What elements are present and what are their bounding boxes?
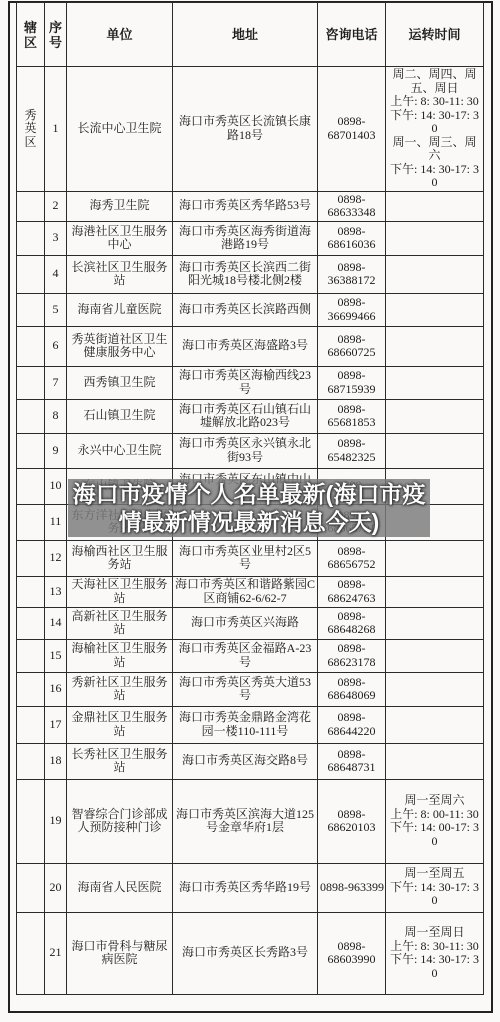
cell-phone: 0898- 68648069 [318,672,386,706]
cell-phone: 0898- 68616036 [318,221,386,255]
table-row: 8石山镇卫生院海口市秀英区石山镇石山墟解放北路023号0898- 6568185… [17,399,484,433]
cell-unit: 长滨社区卫生服务站 [67,255,173,293]
cell-no: 7 [45,366,67,399]
cell-phone: 0898- 68633348 [318,191,386,221]
cell-address: 海口市秀英区永兴镇永北街93号 [173,433,318,468]
cell-no: 9 [45,433,67,468]
cell-schedule [386,576,484,607]
cell-district [17,191,45,221]
cell-district [17,326,45,366]
cell-phone: 0898- 68656752 [318,540,386,576]
cell-schedule [386,607,484,639]
cell-address: 海口市秀英区海盛路3号 [173,326,318,366]
cell-phone: 0898- 68644220 [318,706,386,743]
table-row: 19智睿综合门诊部成人预防接种门诊海口市秀英区滨海大道125号金章华府1层089… [17,779,484,863]
table-row: 15海榆社区卫生服务站海口市秀英区金福路A-23号0898- 68623178 [17,639,484,672]
cell-phone: 0898- 68603990 [318,912,386,994]
watermark-line2: 情最新情况最新消息今天) [119,508,380,536]
table-row: 21海口市骨科与糖尿病医院海口市秀英区长秀路3号0898- 68603990周一… [17,912,484,994]
cell-district [17,255,45,293]
cell-no: 18 [45,743,67,779]
cell-address: 海口市秀英区和谐路紫园C区商铺62-6/62-7 [173,576,318,607]
table-row: 3海港社区卫生服务中心海口市秀英区海秀街道海港路19号0898- 6861603… [17,221,484,255]
cell-no: 14 [45,607,67,639]
cell-district [17,576,45,607]
cell-district [17,293,45,326]
cell-address: 海口市秀英区兴海路 [173,607,318,639]
cell-schedule [386,672,484,706]
cell-schedule [386,191,484,221]
cell-schedule [386,366,484,399]
table-row: 18长秀社区卫生服务站海口市秀英区海交路8号0898- 68648731 [17,743,484,779]
watermark-line1: 海口市疫情个人名单最新(海口市疫 [73,480,426,508]
cell-no: 17 [45,706,67,743]
cell-unit: 石山镇卫生院 [67,399,173,433]
cell-no: 15 [45,639,67,672]
cell-phone: 0898-963399 [318,863,386,912]
cell-phone: 0898- 68624763 [318,576,386,607]
cell-district [17,912,45,994]
cell-district: 秀英区 [17,67,45,192]
cell-unit: 天海社区卫生服务站 [67,576,173,607]
column-header: 序号 [45,3,67,67]
table-row: 5海南省儿童医院海口市秀英区长滨路西侧0898- 36699466 [17,293,484,326]
cell-address: 海口市秀英区海榆西线23号 [173,366,318,399]
cell-schedule [386,540,484,576]
cell-district [17,672,45,706]
cell-address: 海口市秀英金鼎路金湾花园一楼110-111号 [173,706,318,743]
cell-schedule: 周一至周五 下午: 14: 30-17: 30 [386,863,484,912]
cell-district [17,607,45,639]
header-row: 辖区序号单位地址咨询电话运转时间 [17,3,484,67]
cell-phone: 0898- 65681853 [318,399,386,433]
cell-unit: 长流中心卫生院 [67,67,173,192]
cell-unit: 海港社区卫生服务中心 [67,221,173,255]
cell-phone: 0898- 36388172 [318,255,386,293]
cell-no: 13 [45,576,67,607]
cell-unit: 智睿综合门诊部成人预防接种门诊 [67,779,173,863]
cell-district [17,540,45,576]
cell-district [17,468,45,504]
cell-no: 10 [45,468,67,504]
cell-schedule [386,433,484,468]
cell-address: 海口市秀英区金福路A-23号 [173,639,318,672]
cell-unit: 金鼎社区卫生服务站 [67,706,173,743]
table-row: 4长滨社区卫生服务站海口市秀英区长滨西二街阳光城18号楼北侧2楼0898- 36… [17,255,484,293]
cell-district [17,433,45,468]
cell-schedule [386,221,484,255]
cell-no: 6 [45,326,67,366]
table-row: 9永兴中心卫生院海口市秀英区永兴镇永北街93号0898- 65482325 [17,433,484,468]
cell-schedule [386,639,484,672]
cell-district [17,221,45,255]
cell-schedule [386,743,484,779]
cell-phone: 0898- 68701403 [318,67,386,192]
cell-unit: 海秀卫生院 [67,191,173,221]
column-header: 咨询电话 [318,3,386,67]
cell-unit: 海南省人民医院 [67,863,173,912]
cell-schedule: 周一至周日 上午: 8: 30-11: 30 下午: 14: 30-17: 30 [386,912,484,994]
cell-no: 11 [45,504,67,540]
cell-no: 19 [45,779,67,863]
column-header: 地址 [173,3,318,67]
cell-address: 海口市秀英区秀华路19号 [173,863,318,912]
watermark-overlay: 海口市疫情个人名单最新(海口市疫 情最新情况最新消息今天) [68,479,430,537]
cell-phone: 0898- 68620103 [318,779,386,863]
table-row: 秀英区1长流中心卫生院海口市秀英区长流镇长康路18号0898- 68701403… [17,67,484,192]
cell-district [17,399,45,433]
table-row: 7西秀镇卫生院海口市秀英区海榆西线23号0898- 68715939 [17,366,484,399]
cell-address: 海口市秀英区海交路8号 [173,743,318,779]
cell-no: 21 [45,912,67,994]
table-row: 2海秀卫生院海口市秀英区秀华路53号0898- 68633348 [17,191,484,221]
cell-no: 2 [45,191,67,221]
cell-unit: 海榆西社区卫生服务站 [67,540,173,576]
cell-district [17,504,45,540]
cell-address: 海口市秀英区长滨路西侧 [173,293,318,326]
cell-unit: 西秀镇卫生院 [67,366,173,399]
cell-no: 4 [45,255,67,293]
cell-address: 海口市秀英区长滨西二街阳光城18号楼北侧2楼 [173,255,318,293]
cell-schedule [386,255,484,293]
cell-phone: 0898- 68623178 [318,639,386,672]
cell-district [17,779,45,863]
cell-no: 1 [45,67,67,192]
cell-no: 8 [45,399,67,433]
cell-schedule: 周二、周四、周五、周日 上午: 8: 30-11: 30 下午: 14: 30-… [386,67,484,192]
cell-district [17,706,45,743]
table-row: 20海南省人民医院海口市秀英区秀华路19号0898-963399周一至周五 下午… [17,863,484,912]
column-header: 辖区 [17,3,45,67]
table-row: 14高新社区卫生服务站海口市秀英区兴海路0898- 68648268 [17,607,484,639]
column-header: 单位 [67,3,173,67]
cell-address: 海口市秀英区海秀街道海港路19号 [173,221,318,255]
cell-district [17,366,45,399]
cell-no: 3 [45,221,67,255]
table-row: 13天海社区卫生服务站海口市秀英区和谐路紫园C区商铺62-6/62-70898-… [17,576,484,607]
cell-address: 海口市秀英区长秀路3号 [173,912,318,994]
cell-no: 20 [45,863,67,912]
cell-no: 5 [45,293,67,326]
table-row: 16秀新社区卫生服务站海口市秀英区秀英大道53号0898- 68648069 [17,672,484,706]
cell-phone: 0898- 65482325 [318,433,386,468]
cell-unit: 秀英街道社区卫生健康服务中心 [67,326,173,366]
cell-unit: 长秀社区卫生服务站 [67,743,173,779]
cell-phone: 0898- 68648731 [318,743,386,779]
table-row: 12海榆西社区卫生服务站海口市秀英区业里村2区5号0898- 68656752 [17,540,484,576]
cell-phone: 0898- 68660725 [318,326,386,366]
cell-district [17,863,45,912]
cell-address: 海口市秀英区石山镇石山墟解放北路023号 [173,399,318,433]
cell-schedule [386,326,484,366]
cell-schedule [386,706,484,743]
cell-address: 海口市秀英区秀华路53号 [173,191,318,221]
column-header: 运转时间 [386,3,484,67]
cell-district [17,743,45,779]
cell-no: 16 [45,672,67,706]
cell-phone: 0898- 68715939 [318,366,386,399]
table-row: 6秀英街道社区卫生健康服务中心海口市秀英区海盛路3号0898- 68660725 [17,326,484,366]
cell-unit: 永兴中心卫生院 [67,433,173,468]
cell-unit: 海口市骨科与糖尿病医院 [67,912,173,994]
cell-district [17,639,45,672]
cell-schedule [386,293,484,326]
cell-no: 12 [45,540,67,576]
cell-unit: 高新社区卫生服务站 [67,607,173,639]
cell-unit: 海榆社区卫生服务站 [67,639,173,672]
cell-address: 海口市秀英区业里村2区5号 [173,540,318,576]
cell-schedule [386,399,484,433]
cell-unit: 海南省儿童医院 [67,293,173,326]
cell-phone: 0898- 68648268 [318,607,386,639]
table-row: 17金鼎社区卫生服务站海口市秀英金鼎路金湾花园一楼110-111号0898- 6… [17,706,484,743]
cell-address: 海口市秀英区秀英大道53号 [173,672,318,706]
cell-address: 海口市秀英区长流镇长康路18号 [173,67,318,192]
cell-unit: 秀新社区卫生服务站 [67,672,173,706]
cell-address: 海口市秀英区滨海大道125号金章华府1层 [173,779,318,863]
cell-phone: 0898- 36699466 [318,293,386,326]
cell-schedule: 周一至周六 上午: 8: 00-11: 30 下午: 14: 00-17: 30 [386,779,484,863]
